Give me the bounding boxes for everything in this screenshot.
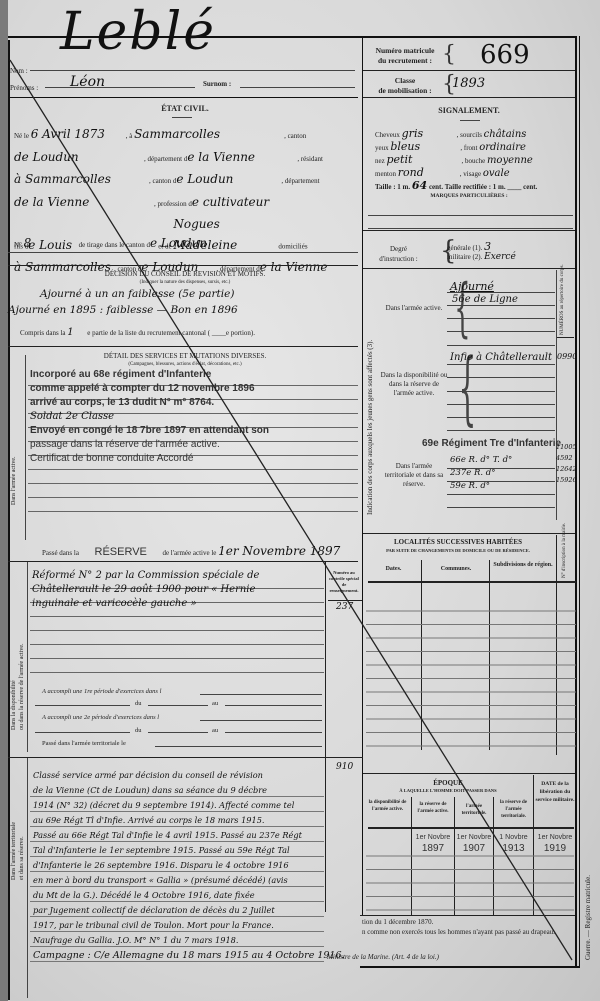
periode-1-label: A accompli une 1re période d'exercices d… (42, 688, 161, 695)
passe-territoriale-label: Passé dans l'armée territoriale le (42, 740, 126, 747)
frame-bottom-right (360, 966, 580, 968)
epoque-col-reserve-territoriale: la réserve de l'armée territoriale. (494, 799, 533, 820)
corps-dispo-number: 0990 (557, 352, 577, 361)
reserve-side-label: Dans la disponibilitéou dans la réserve … (10, 580, 26, 730)
page-binding-edge (0, 0, 8, 1001)
corps-territoriale-lines: 66e R. d° T. d° 237e R. d° 59e R. d° (450, 454, 512, 493)
territoriale-stamp: 69e Régiment Tre d'Infanterie (422, 438, 561, 449)
instruction-label: Degréd'instruction : (366, 244, 431, 264)
conseil-revision-subtitle: (Indiquer la nature des dispenses, sursi… (10, 280, 360, 285)
prenoms-label: Prénoms : (10, 84, 38, 92)
footer-line-2: n comme non exercés tous les hommes n'ay… (362, 928, 555, 936)
frame-right (575, 36, 577, 968)
services-entries: Incorporé au 68e régiment d'Infanterie c… (30, 368, 360, 466)
signalement-title: SIGNALEMENT. (363, 106, 575, 115)
localites-side-col-label: N° d'inscription à la mairie. (562, 538, 567, 578)
conseil-revision-line-2: Ajourné en 1895 : faiblesse — Bon en 189… (8, 304, 238, 316)
localites-rows (366, 598, 576, 748)
epoque-subtitle: À LAQUELLE L'HOMME DOIT PASSER DANS (363, 788, 533, 793)
tirage-line: N° 8de tirage dans le canton de Loudun (14, 236, 207, 250)
classe-label: Classede mobilisation : (365, 76, 445, 96)
conseil-revision-title: DÉCISION DU CONSEIL DE REVISION ET MOTIF… (10, 270, 360, 278)
indication-corps-vertical-label: Indication des corps auxquels les jeunes… (366, 275, 374, 515)
corps-active-label: Dans l'armée active. (384, 304, 444, 313)
localites-subtitle: PAR SUITE DE CHANGEMENTS DE DOMICILE OU … (363, 548, 553, 553)
territoriale-entries: Classé service armé par décision du cons… (33, 768, 325, 963)
footer-line-1: tion du 1 décembre 1870. (362, 918, 433, 926)
epoque-date-liberation-label: DATE de la libération du service militai… (535, 780, 575, 804)
instruction-militaire: militaire (2). Exercé (447, 252, 516, 262)
nom-label: Nom : (10, 67, 28, 75)
frame-top-right (358, 36, 575, 38)
numero-controle-value: 237 (336, 602, 353, 612)
epoque-col-disponibilite: la disponibilité de l'armée active. (365, 799, 410, 813)
corps-active-value-2: 56e de Ligne (452, 294, 518, 305)
epoque-title: ÉPOQUE (363, 779, 533, 787)
frame-right-inner (579, 36, 580, 968)
services-subtitle: (Campagnes, blessures, actions d'éclat, … (10, 362, 360, 367)
passe-reserve-line: Passé dans la RÉSERVE de l'armée active … (42, 544, 340, 558)
etat-civil-title: ÉTAT CIVIL. (10, 104, 360, 113)
conseil-revision-line-1: Ajourné à un an faiblesse (5e partie) (40, 288, 234, 300)
numero-matricule-value: 669 (480, 40, 530, 70)
reserve-entries: Réformé N° 2 par la Commission spéciale … (32, 569, 324, 611)
localites-title: LOCALITÉS SUCCESSIVES HABITÉES (363, 538, 553, 546)
numero-controle-label: Numéro au contrôle spécial de renseignem… (327, 570, 361, 594)
surname: Leblé (60, 4, 216, 60)
etat-civil-fields: Né le 6 Avril 1873, à Sammarcolles, cant… (14, 124, 360, 280)
localites-col-dates: Dates. (366, 566, 421, 572)
epoque-rows (366, 843, 574, 913)
epoque-col-reserve-active: la réserve de l'armée active. (412, 801, 454, 815)
corps-dispo-value: Infie à Châtellerault (450, 352, 552, 363)
numero-matricule-label: Numéro matriculedu recrutement : (365, 46, 445, 66)
signalement-fields: Cheveux gris, sourcils châtains yeux ble… (375, 128, 575, 193)
territoriale-side-label: Dans l'armée territorialeet dans sa rése… (10, 760, 26, 880)
periode-2-label: A accompli une 2e période d'exercices da… (42, 714, 159, 721)
repertoire-col-label: NUMÉROS au répertoire du corps. (560, 275, 565, 335)
services-side-label: Dans l'armée active. (11, 405, 17, 505)
classe-value: 1893 (452, 76, 485, 91)
localites-col-communes: Communes. (423, 566, 489, 572)
localites-col-subdivisions: Subdivisions de région. (491, 562, 555, 569)
epoque-col-territoriale: l'armée territoriale. (455, 803, 493, 817)
services-title: DÉTAIL DES SERVICES ET MUTATIONS DIVERSE… (10, 352, 360, 360)
marques-label: MARQUES PARTICULIÈRES : (363, 193, 575, 199)
compris-line: Compris dans la 1e partie de la liste du… (20, 327, 255, 338)
surnom-label: Surnom : (203, 80, 231, 88)
corps-dispo-label: Dans la disponibilité ou dans la réserve… (380, 371, 448, 398)
corps-territoriale-numbers: 11005 4592 12642 15926 (556, 442, 577, 486)
corps-territoriale-label: Dans l'armée territoriale et dans sa rés… (384, 462, 444, 489)
registre-matricule-vertical: Guerre. — Registre matricule. (584, 810, 592, 960)
matricule-register-page: Leblé Nom : Prénoms : Léon Surnom : Numé… (0, 0, 600, 1001)
territoriale-numero: 910 (336, 762, 353, 772)
